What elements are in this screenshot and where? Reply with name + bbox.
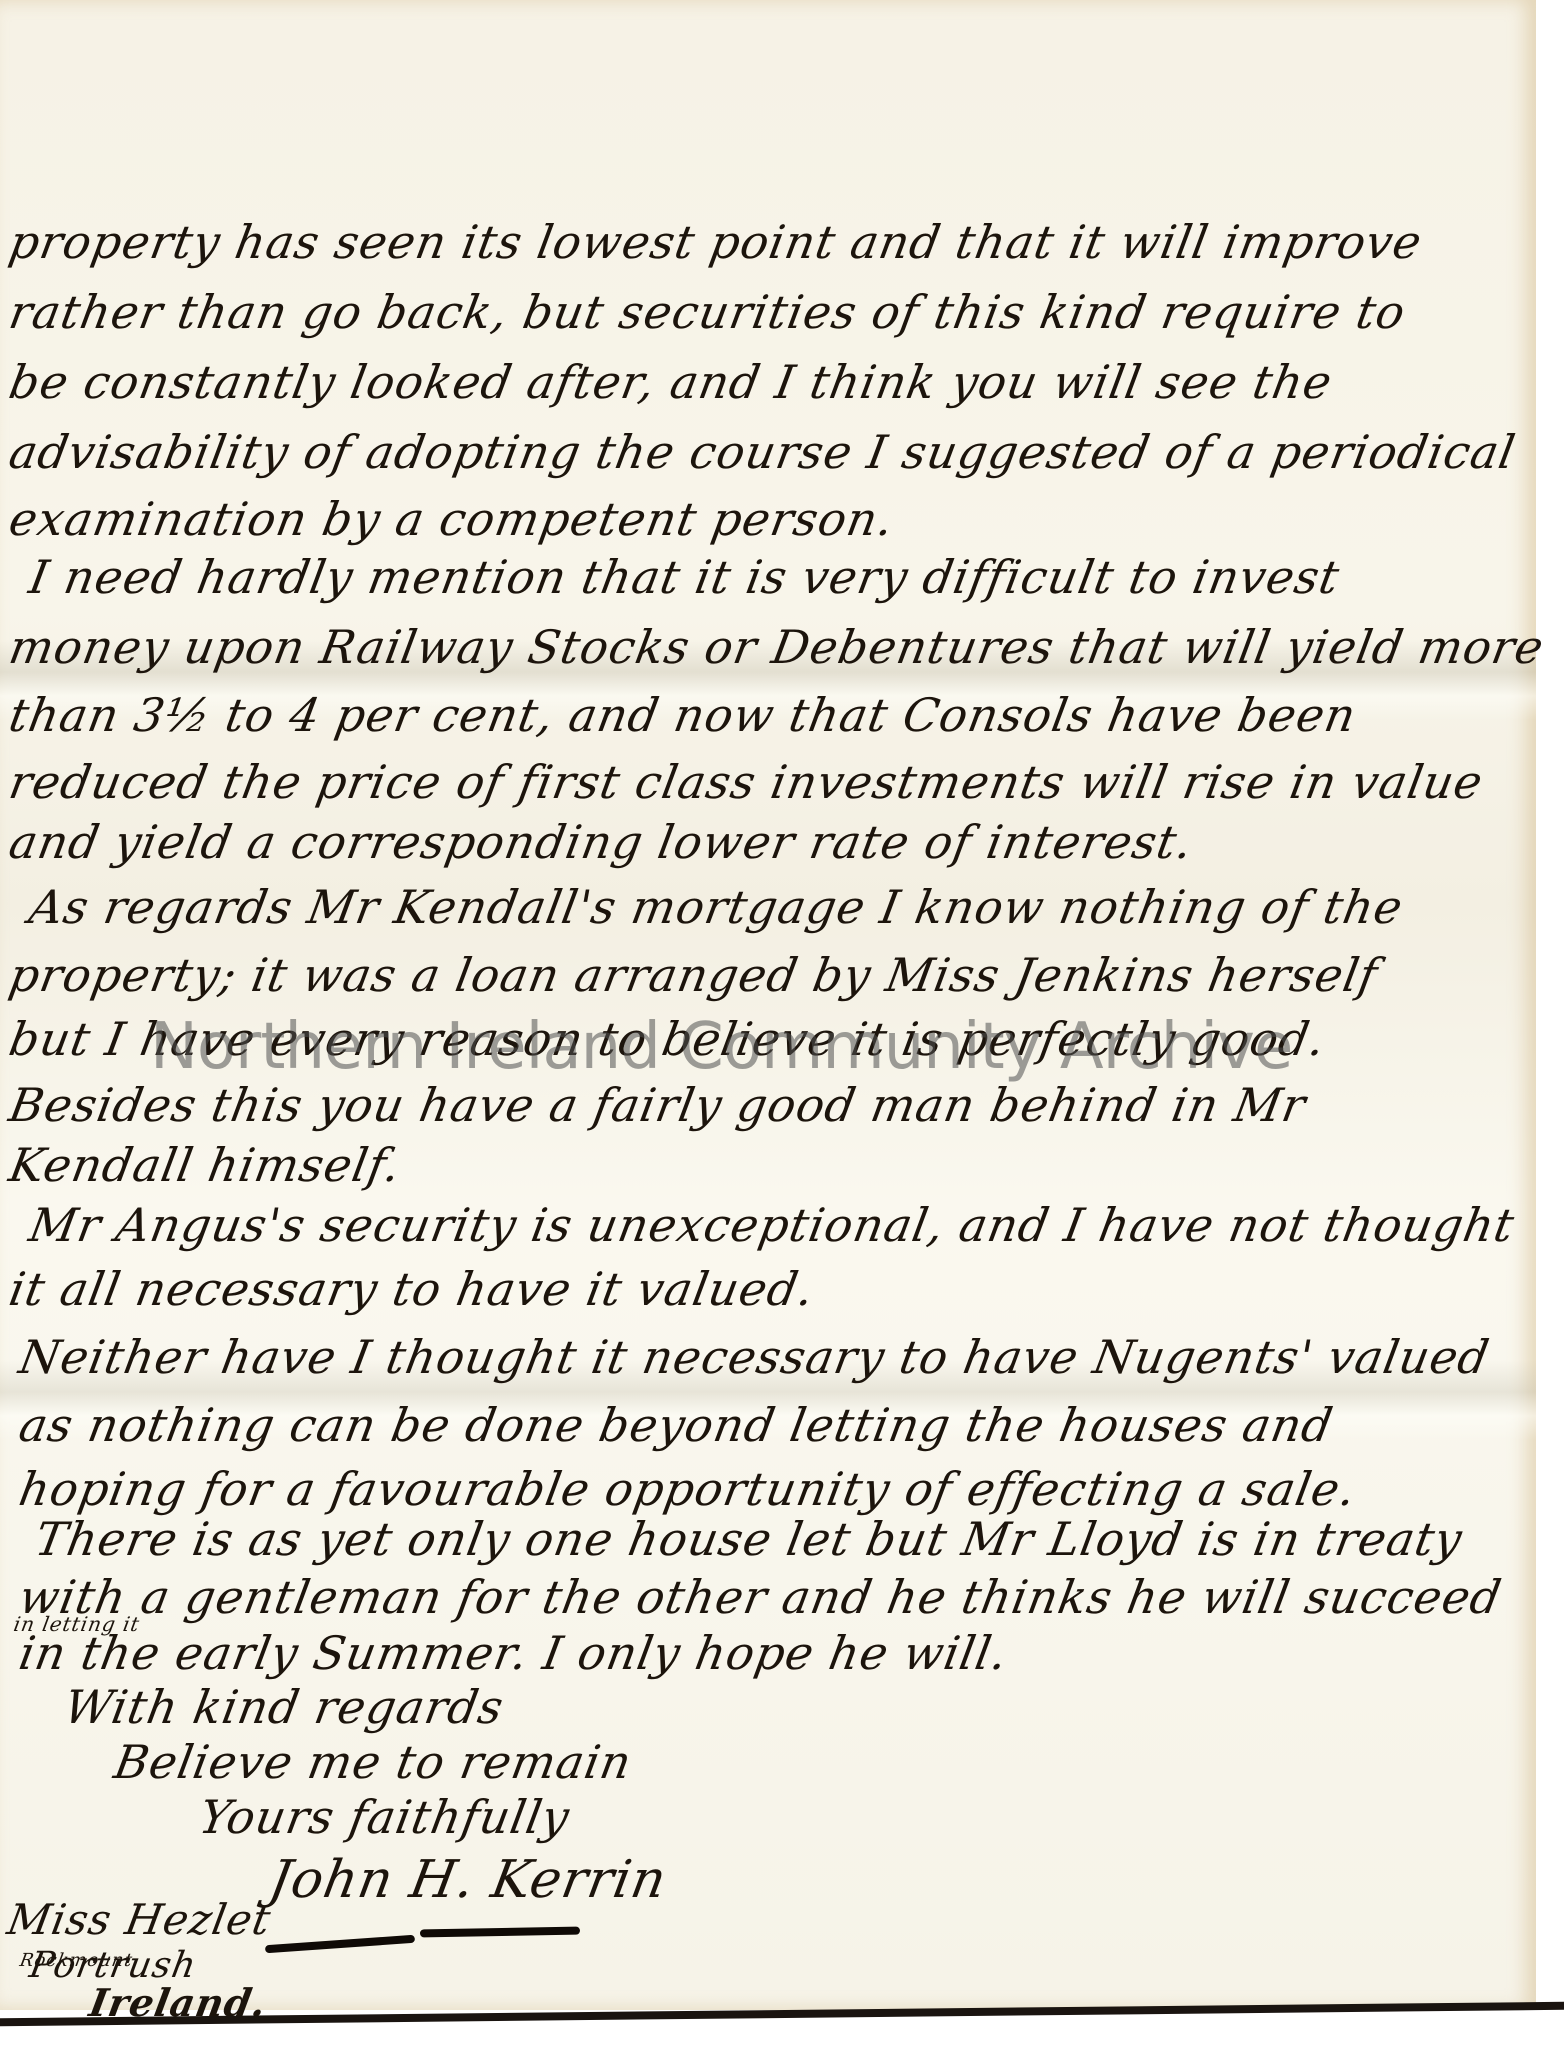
closing-faithfully: Yours faithfully [195, 1790, 574, 1844]
letter-line: and yield a corresponding lower rate of … [5, 815, 1197, 869]
closing-remain: Believe me to remain [110, 1735, 636, 1789]
letter-line: in the early Summer. I only hope he will… [15, 1626, 1012, 1680]
letter-line: money upon Railway Stocks or Debentures … [5, 620, 1548, 674]
letter-page: property has seen its lowest point and t… [0, 0, 1536, 2010]
letter-line: There is as yet only one house let but M… [31, 1512, 1466, 1566]
letter-line: I need hardly mention that it is very di… [25, 550, 1344, 604]
closing-regards: With kind regards [60, 1680, 508, 1734]
letter-line: hoping for a favourable opportunity of e… [15, 1462, 1360, 1516]
letter-line: As regards Mr Kendall's mortgage I know … [25, 880, 1407, 934]
letter-line: than 3½ to 4 per cent, and now that Cons… [5, 688, 1360, 742]
letter-line: Kendall himself. [5, 1138, 405, 1192]
archive-watermark: Northern Ireland Community Archive [150, 1010, 1292, 1084]
letter-line: as nothing can be done beyond letting th… [15, 1398, 1337, 1452]
letter-line: advisability of adopting the course I su… [5, 425, 1520, 479]
letter-line: property; it was a loan arranged by Miss… [5, 948, 1382, 1002]
signature: John H. Kerrin [265, 1850, 672, 1910]
letter-line: property has seen its lowest point and t… [5, 215, 1426, 269]
signature-flourish [265, 1935, 415, 1953]
letter-line: with a gentleman for the other and he th… [15, 1570, 1506, 1624]
letter-line: Neither have I thought it necessary to h… [15, 1330, 1493, 1384]
letter-line: reduced the price of first class investm… [5, 755, 1487, 809]
addressee-name: Miss Hezlet [4, 1895, 275, 1944]
letter-line: rather than go back, but securities of t… [5, 285, 1410, 339]
letter-line: examination by a competent person. [5, 492, 898, 546]
letter-line: it all necessary to have it valued. [5, 1262, 818, 1316]
signature-flourish [420, 1927, 580, 1938]
letter-line: be constantly looked after, and I think … [5, 355, 1336, 409]
letter-line: Besides this you have a fairly good man … [5, 1078, 1310, 1132]
letter-line: Mr Angus's security is unexceptional, an… [25, 1198, 1519, 1252]
